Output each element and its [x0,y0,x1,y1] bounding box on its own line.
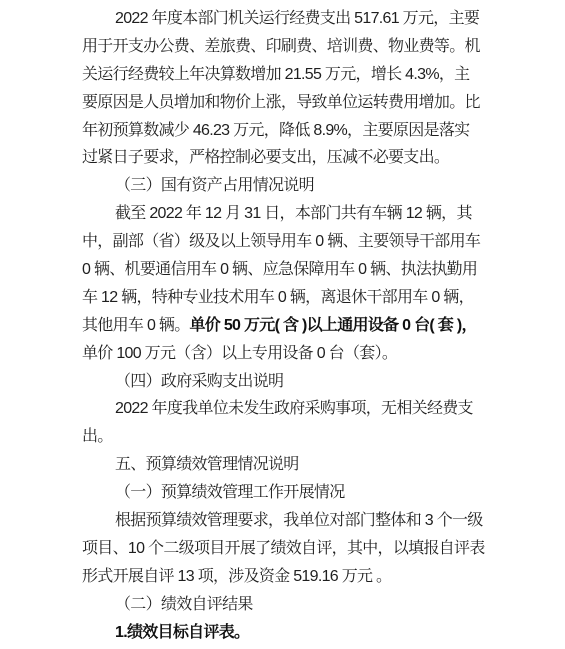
text-run: 车 12 辆，特种专业技术用车 0 辆，离退休干部用车 0 辆， [82,289,474,306]
bold-text-run: 单价 50 万元( 含 )以上通用设备 0 台( 套 )， [190,317,477,334]
text-run: （三）国有资产占用情况说明 [115,177,314,194]
text-line: 中，副部（省）级及以上领导用车 0 辆、主要领导干部用车 [82,228,498,256]
document-page: 2022 年度本部门机关运行经费支出 517.61 万元，主要用于开支办公费、差… [0,0,565,649]
text-line: （一）预算绩效管理工作开展情况 [82,479,498,507]
text-line: 其他用车 0 辆。单价 50 万元( 含 )以上通用设备 0 台( 套 )， [82,312,498,340]
text-line: 2022 年度我单位未发生政府采购事项，无相关经费支 [82,395,498,423]
text-line: 年初预算数减少 46.23 万元，降低 8.9%，主要原因是落实 [82,117,498,145]
document-text-block: 2022 年度本部门机关运行经费支出 517.61 万元，主要用于开支办公费、差… [82,5,498,646]
text-run: 2022 年度本部门机关运行经费支出 517.61 万元，主要 [115,10,479,27]
text-line: 车 12 辆，特种专业技术用车 0 辆，离退休干部用车 0 辆， [82,284,498,312]
text-run: 出。 [82,428,113,445]
text-line: （二）绩效自评结果 [82,591,498,619]
text-run: （一）预算绩效管理工作开展情况 [115,484,345,501]
text-line: 2022 年度本部门机关运行经费支出 517.61 万元，主要 [82,5,498,33]
text-run: 项目、10 个二级项目开展了绩效自评，其中，以填报自评表 [82,540,485,557]
text-run: 年初预算数减少 46.23 万元，降低 8.9%，主要原因是落实 [82,122,469,139]
text-line: 五、预算绩效管理情况说明 [82,451,498,479]
text-line: 项目、10 个二级项目开展了绩效自评，其中，以填报自评表 [82,535,498,563]
text-line: 根据预算绩效管理要求，我单位对部门整体和 3 个一级 [82,507,498,535]
text-run: 五、预算绩效管理情况说明 [115,456,299,473]
text-line: 关运行经费较上年决算数增加 21.55 万元，增长 4.3%，主 [82,61,498,89]
text-line: 用于开支办公费、差旅费、印刷费、培训费、物业费等。机 [82,33,498,61]
text-run: 中，副部（省）级及以上领导用车 0 辆、主要领导干部用车 [82,233,480,250]
text-run: 关运行经费较上年决算数增加 21.55 万元，增长 4.3%，主 [82,66,469,83]
text-line: （三）国有资产占用情况说明 [82,172,498,200]
text-run: （二）绩效自评结果 [115,596,253,613]
text-line: 截至 2022 年 12 月 31 日，本部门共有车辆 12 辆，其 [82,200,498,228]
text-line: 单价 100 万元（含）以上专用设备 0 台（套）。 [82,340,498,368]
text-run: 要原因是人员增加和物价上涨，导致单位运转费用增加。比 [82,94,480,111]
text-line: 出。 [82,423,498,451]
text-run: 形式开展自评 13 项，涉及资金 519.16 万元 。 [82,568,391,585]
text-run: （四）政府采购支出说明 [115,373,283,390]
text-run: 过紧日子要求，严格控制必要支出，压减不必要支出。 [82,149,449,166]
text-line: 过紧日子要求，严格控制必要支出，压减不必要支出。 [82,144,498,172]
text-line: 1.绩效目标自评表。 [82,619,498,647]
text-run: 其他用车 0 辆。 [82,317,190,334]
text-run: 用于开支办公费、差旅费、印刷费、培训费、物业费等。机 [82,38,480,55]
text-line: （四）政府采购支出说明 [82,368,498,396]
text-run: 根据预算绩效管理要求，我单位对部门整体和 3 个一级 [115,512,483,529]
text-line: 形式开展自评 13 项，涉及资金 519.16 万元 。 [82,563,498,591]
text-line: 要原因是人员增加和物价上涨，导致单位运转费用增加。比 [82,89,498,117]
bold-text-run: 1.绩效目标自评表。 [115,624,249,641]
text-run: 2022 年度我单位未发生政府采购事项，无相关经费支 [115,400,473,417]
text-run: 单价 100 万元（含）以上专用设备 0 台（套）。 [82,345,397,362]
text-run: 截至 2022 年 12 月 31 日，本部门共有车辆 12 辆，其 [115,205,472,222]
text-line: 0 辆、机要通信用车 0 辆、应急保障用车 0 辆、执法执勤用 [82,256,498,284]
text-run: 0 辆、机要通信用车 0 辆、应急保障用车 0 辆、执法执勤用 [82,261,477,278]
